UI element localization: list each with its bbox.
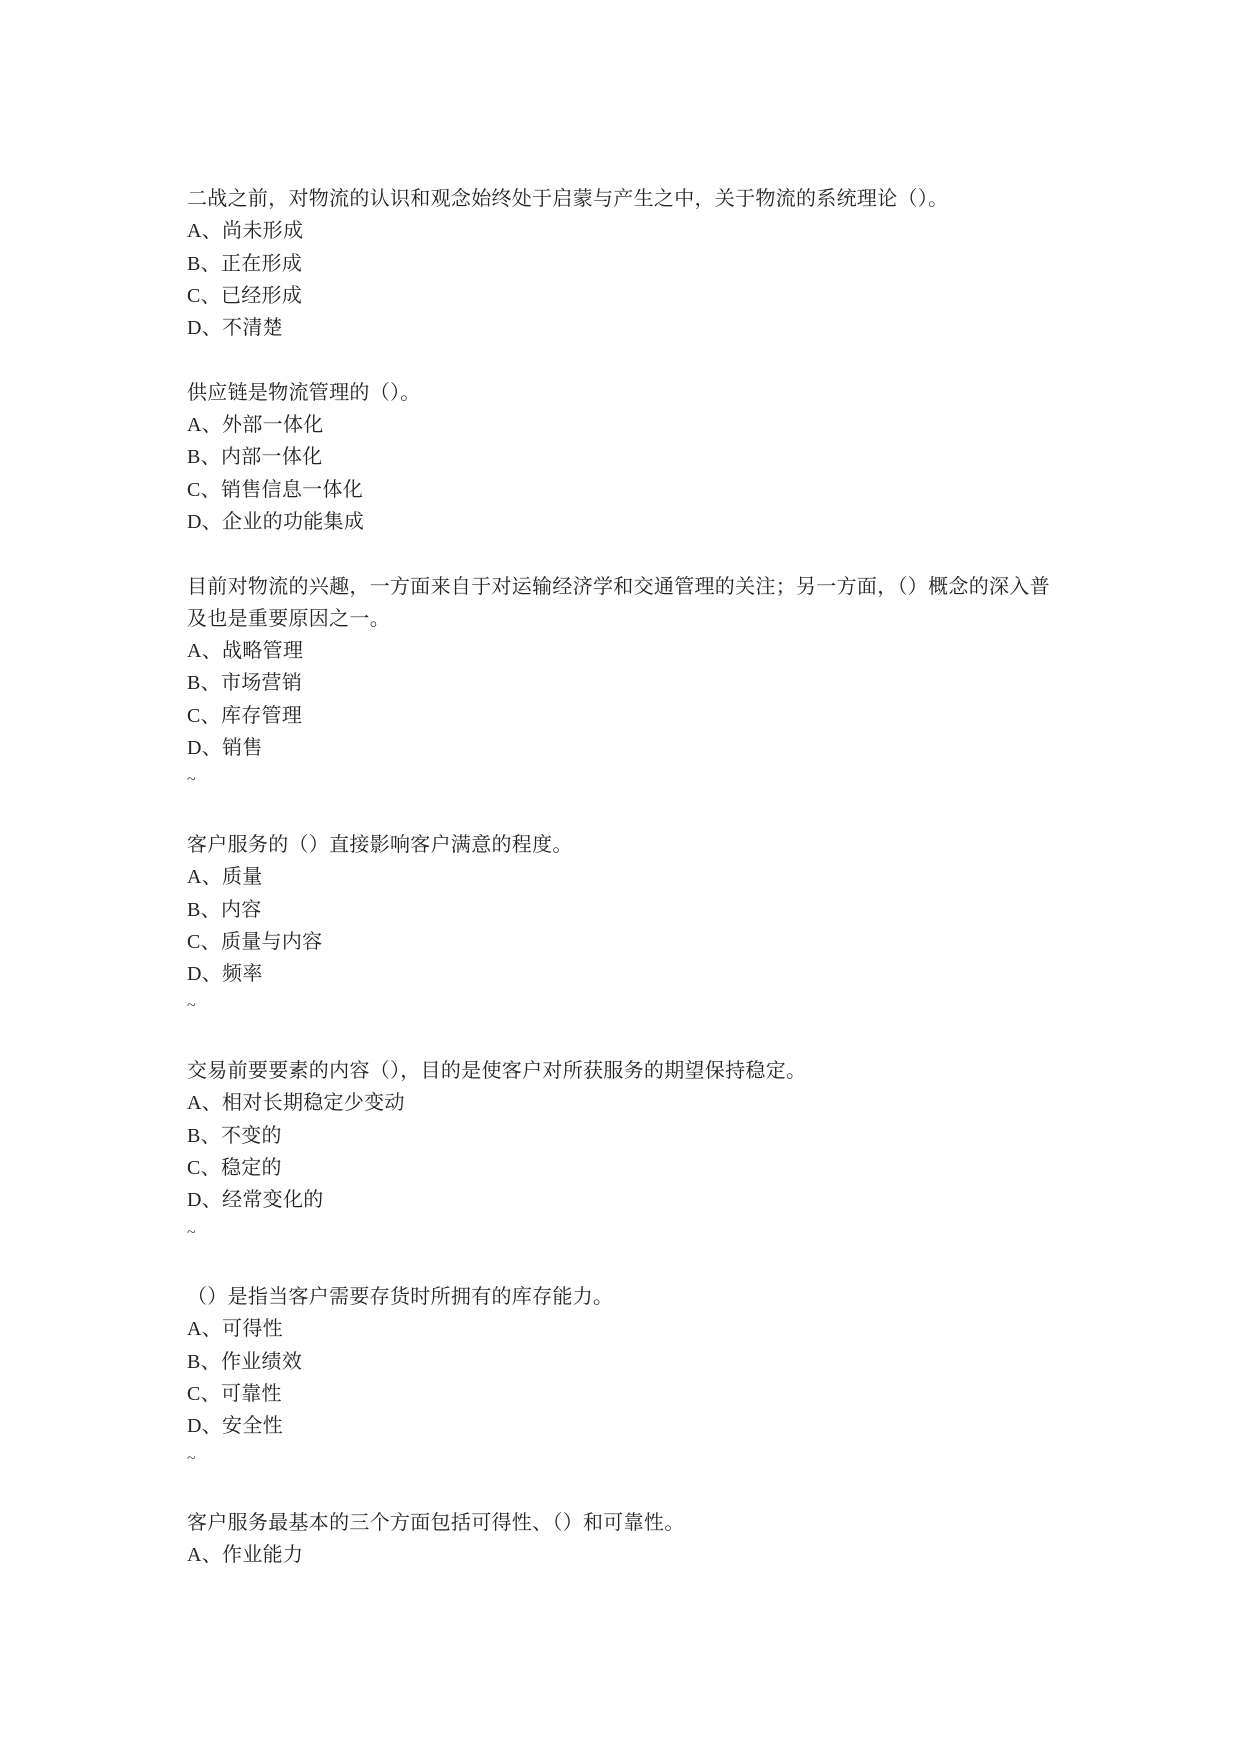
option-key: A、 [187, 1539, 222, 1571]
option-b: B、内容 [187, 894, 1067, 926]
spacer [187, 538, 1067, 570]
option-d: D、频率 [187, 958, 1067, 990]
option-key: C、 [187, 700, 221, 732]
option-key: B、 [187, 441, 221, 473]
option-text: 质量 [222, 866, 263, 888]
question-3: 目前对物流的兴趣，一方面来自于对运输经济学和交通管理的关注；另一方面，（）概念的… [187, 571, 1067, 797]
option-text: 战略管理 [222, 640, 303, 662]
question-stem: 交易前要要素的内容（），目的是使客户对所获服务的期望保持稳定。 [187, 1055, 1067, 1087]
option-key: D、 [187, 506, 222, 538]
option-key: B、 [187, 248, 221, 280]
question-5: 交易前要要素的内容（），目的是使客户对所获服务的期望保持稳定。 A、相对长期稳定… [187, 1055, 1067, 1249]
option-key: C、 [187, 1152, 221, 1184]
option-b: B、作业绩效 [187, 1346, 1067, 1378]
option-a: A、外部一体化 [187, 409, 1067, 441]
option-key: A、 [187, 635, 222, 667]
option-c: C、库存管理 [187, 700, 1067, 732]
option-b: B、市场营销 [187, 667, 1067, 699]
option-text: 安全性 [222, 1415, 283, 1437]
option-text: 企业的功能集成 [222, 511, 364, 533]
option-b: B、内部一体化 [187, 441, 1067, 473]
option-d: D、经常变化的 [187, 1184, 1067, 1216]
option-text: 作业能力 [222, 1544, 303, 1566]
option-text: 已经形成 [221, 285, 302, 307]
question-stem: 供应链是物流管理的（）。 [187, 377, 1067, 409]
spacer [187, 1023, 1067, 1055]
spacer [187, 1475, 1067, 1507]
option-key: C、 [187, 474, 221, 506]
question-6: （）是指当客户需要存货时所拥有的库存能力。 A、可得性 B、作业绩效 C、可靠性… [187, 1281, 1067, 1475]
option-text: 尚未形成 [222, 220, 303, 242]
option-text: 可靠性 [221, 1383, 282, 1405]
option-c: C、可靠性 [187, 1378, 1067, 1410]
option-text: 频率 [222, 963, 263, 985]
question-7: 客户服务最基本的三个方面包括可得性、（）和可靠性。 A、作业能力 [187, 1507, 1067, 1572]
option-text: 不变的 [221, 1125, 282, 1147]
question-stem: 客户服务的（）直接影响客户满意的程度。 [187, 829, 1067, 861]
option-text: 质量与内容 [221, 931, 323, 953]
option-text: 销售 [222, 737, 263, 759]
option-key: D、 [187, 1184, 222, 1216]
option-key: B、 [187, 667, 221, 699]
option-key: D、 [187, 958, 222, 990]
option-b: B、正在形成 [187, 248, 1067, 280]
option-text: 经常变化的 [222, 1189, 324, 1211]
option-a: A、质量 [187, 861, 1067, 893]
tilde-mark: ~ [187, 990, 1067, 1022]
option-text: 正在形成 [221, 253, 302, 275]
option-c: C、销售信息一体化 [187, 474, 1067, 506]
option-c: C、质量与内容 [187, 926, 1067, 958]
option-key: D、 [187, 732, 222, 764]
tilde-mark: ~ [187, 1443, 1067, 1475]
option-d: D、销售 [187, 732, 1067, 764]
option-c: C、稳定的 [187, 1152, 1067, 1184]
option-key: C、 [187, 1378, 221, 1410]
option-a: A、尚未形成 [187, 215, 1067, 247]
question-1: 二战之前，对物流的认识和观念始终处于启蒙与产生之中，关于物流的系统理论（）。 A… [187, 183, 1067, 344]
option-b: B、不变的 [187, 1120, 1067, 1152]
option-c: C、已经形成 [187, 280, 1067, 312]
option-text: 相对长期稳定少变动 [222, 1092, 405, 1114]
option-key: A、 [187, 215, 222, 247]
option-text: 不清楚 [222, 317, 283, 339]
spacer [187, 344, 1067, 376]
option-key: A、 [187, 1313, 222, 1345]
option-d: D、安全性 [187, 1410, 1067, 1442]
option-key: B、 [187, 1346, 221, 1378]
option-key: A、 [187, 409, 222, 441]
option-text: 销售信息一体化 [221, 479, 363, 501]
option-text: 作业绩效 [221, 1351, 302, 1373]
spacer [187, 1249, 1067, 1281]
question-stem: 目前对物流的兴趣，一方面来自于对运输经济学和交通管理的关注；另一方面，（）概念的… [187, 571, 1067, 636]
option-a: A、相对长期稳定少变动 [187, 1087, 1067, 1119]
option-text: 外部一体化 [222, 414, 324, 436]
tilde-mark: ~ [187, 1217, 1067, 1249]
option-key: C、 [187, 926, 221, 958]
option-key: A、 [187, 1087, 222, 1119]
option-text: 库存管理 [221, 705, 302, 727]
question-stem: （）是指当客户需要存货时所拥有的库存能力。 [187, 1281, 1067, 1313]
option-d: D、企业的功能集成 [187, 506, 1067, 538]
question-stem: 客户服务最基本的三个方面包括可得性、（）和可靠性。 [187, 1507, 1067, 1539]
option-d: D、不清楚 [187, 312, 1067, 344]
question-2: 供应链是物流管理的（）。 A、外部一体化 B、内部一体化 C、销售信息一体化 D… [187, 377, 1067, 538]
option-text: 市场营销 [221, 672, 302, 694]
question-4: 客户服务的（）直接影响客户满意的程度。 A、质量 B、内容 C、质量与内容 D、… [187, 829, 1067, 1023]
option-text: 可得性 [222, 1318, 283, 1340]
spacer [187, 797, 1067, 829]
option-key: C、 [187, 280, 221, 312]
document-page: 二战之前，对物流的认识和观念始终处于启蒙与产生之中，关于物流的系统理论（）。 A… [187, 183, 1067, 1572]
option-a: A、作业能力 [187, 1539, 1067, 1571]
option-key: D、 [187, 312, 222, 344]
option-text: 内部一体化 [221, 446, 323, 468]
option-a: A、战略管理 [187, 635, 1067, 667]
option-key: A、 [187, 861, 222, 893]
option-text: 稳定的 [221, 1157, 282, 1179]
option-key: D、 [187, 1410, 222, 1442]
option-key: B、 [187, 894, 221, 926]
option-key: B、 [187, 1120, 221, 1152]
question-stem: 二战之前，对物流的认识和观念始终处于启蒙与产生之中，关于物流的系统理论（）。 [187, 183, 1067, 215]
option-a: A、可得性 [187, 1313, 1067, 1345]
option-text: 内容 [221, 899, 262, 921]
tilde-mark: ~ [187, 764, 1067, 796]
